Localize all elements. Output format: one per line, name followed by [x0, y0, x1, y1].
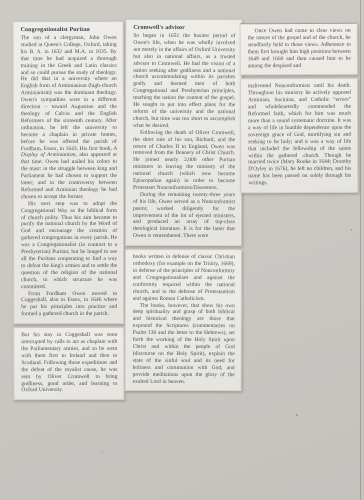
column-left: Congregationalist Puritan The son of a c… — [13, 21, 125, 404]
paragraph: Once Owen had come to clear views on the… — [248, 28, 351, 70]
scan-speck — [101, 452, 103, 453]
column-middle: Cromwell's advisor So began in 1651 the … — [125, 19, 243, 395]
page-edge-shadow — [360, 0, 361, 500]
clipping-strip-left-2: But his stay in Coggeshall was soon inte… — [13, 327, 124, 400]
clipping-strip-left-1: Congregationalist Puritan The son of a c… — [13, 21, 125, 324]
paragraph: The books, however, that show his own de… — [133, 302, 235, 385]
paragraph: Following the death of Oliver Cromwell, … — [133, 130, 235, 192]
scan-speck — [351, 229, 352, 231]
paragraph: His next step was to adopt the Congregat… — [21, 201, 117, 291]
clipping-strip-right-1: Once Owen had come to clear views on the… — [240, 23, 358, 76]
paragraph: But his stay in Coggeshall was soon inte… — [21, 332, 117, 394]
paragraph: During the remaining twenty-three years … — [133, 192, 235, 241]
paragraph: The son of a clergyman, John Owen studie… — [21, 35, 117, 201]
paragraph: books written in defense of classic Chri… — [133, 254, 235, 303]
paragraph: From Fordham Owen moved to Coggeshall, a… — [21, 290, 117, 318]
paragraph: So began in 1651 the busiest period of O… — [133, 33, 235, 130]
paragraph-text: also appeared at that time. Owen had nai… — [21, 152, 117, 200]
scan-speck — [210, 470, 211, 471]
scan-speck — [330, 455, 331, 456]
paragraph: maltreated Nonconformists until his deat… — [248, 83, 351, 187]
clipping-strip-middle-2: books written in defense of classic Chri… — [125, 249, 242, 391]
section-heading-left: Congregationalist Puritan — [21, 26, 117, 34]
paragraph-text: The son of a clergyman, John Owen studie… — [21, 35, 117, 152]
clipping-strip-right-2: maltreated Nonconformists until his deat… — [240, 78, 358, 193]
clipping-strip-middle-1: Cromwell's advisor So began in 1651 the … — [125, 19, 242, 246]
scanned-page: Congregationalist Puritan The son of a c… — [0, 0, 364, 500]
scan-speck — [296, 414, 298, 416]
column-right: Once Owen had come to clear views on the… — [240, 23, 359, 197]
section-heading-middle: Cromwell's advisor — [133, 24, 235, 32]
